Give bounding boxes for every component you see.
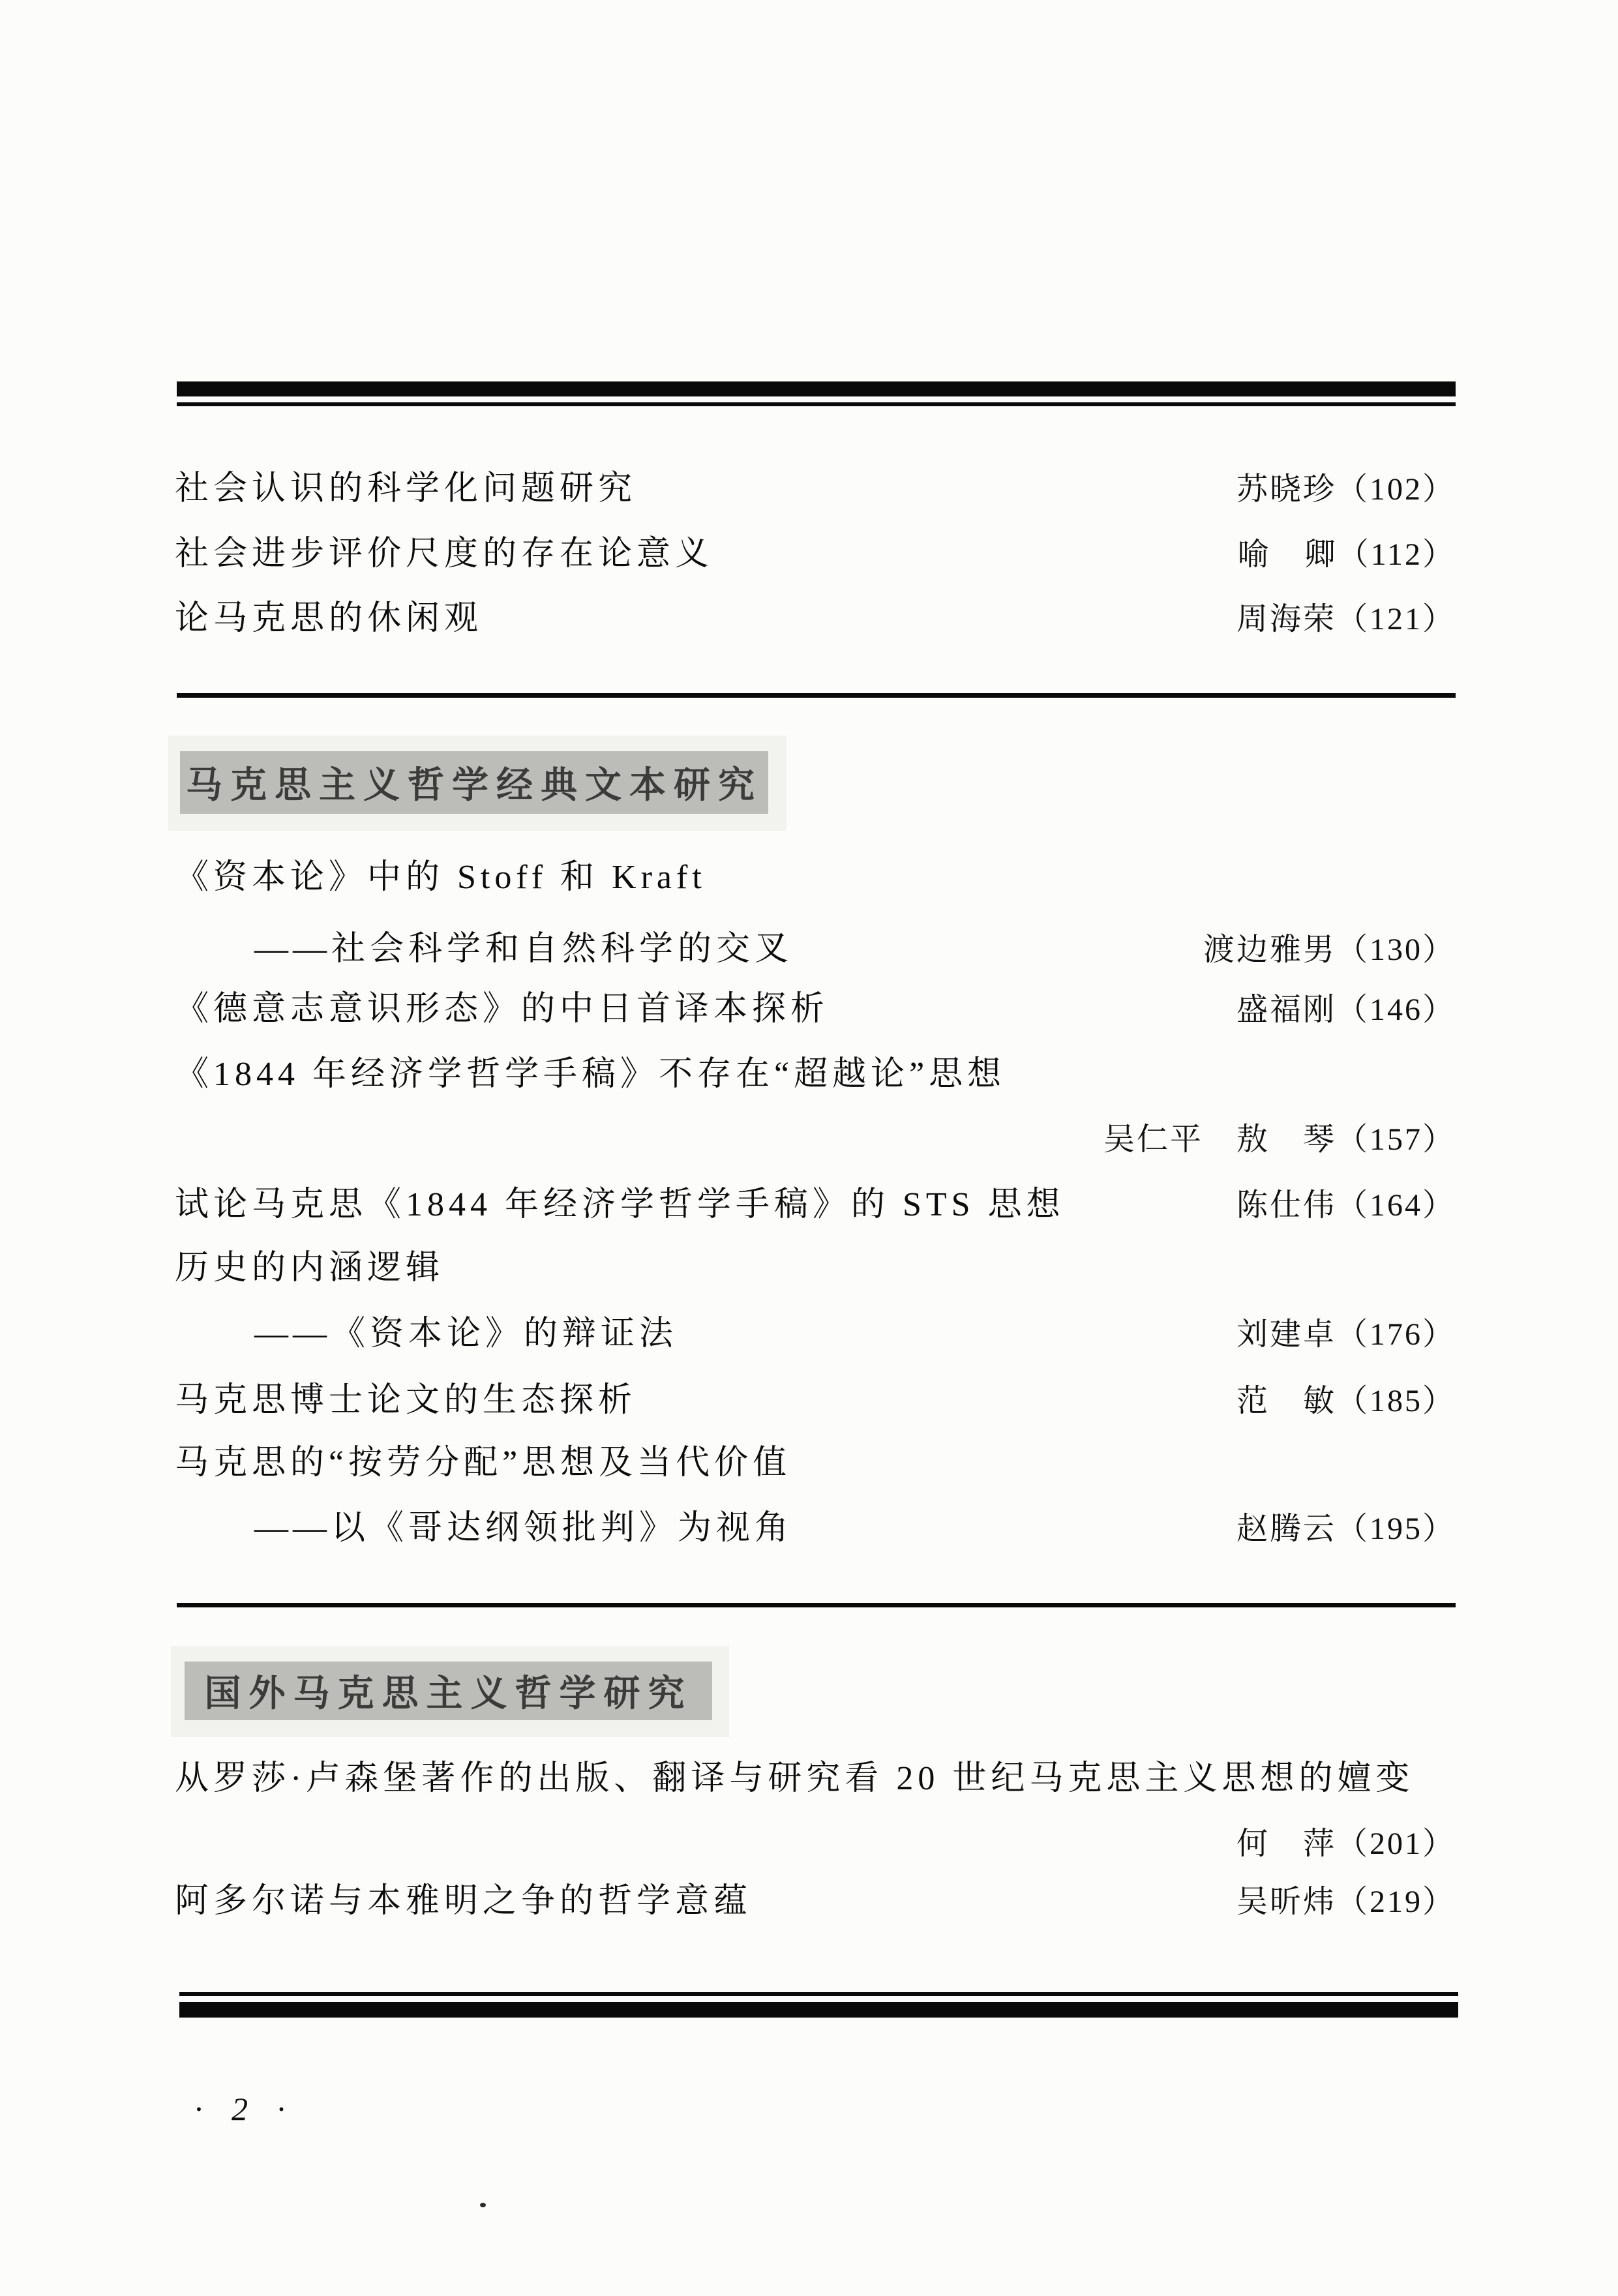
entry-title: ——《资本论》的辩证法 — [175, 1315, 678, 1354]
bottom-rule-thick — [179, 2002, 1458, 2018]
toc-entry: ——以《哥达纲领批判》为视角 赵腾云（195） — [175, 1509, 1456, 1549]
toc-entry: ——社会科学和自然科学的交叉 渡边雅男（130） — [175, 930, 1456, 970]
entry-title: 阿多尔诺与本雅明之争的哲学意蕴 — [175, 1882, 752, 1921]
toc-entry: 论马克思的休闲观 周海荣（121） — [175, 599, 1456, 639]
entry-title: 《德意志意识形态》的中日首译本探析 — [175, 990, 829, 1029]
toc-entry: 阿多尔诺与本雅明之争的哲学意蕴 吴昕炜（219） — [175, 1882, 1456, 1922]
entry-title: 《资本论》中的 Stoff 和 Kraft — [175, 858, 706, 897]
toc-entry: 试论马克思《1844 年经济学哲学手稿》的 STS 思想 陈仕伟（164） — [175, 1185, 1456, 1225]
section-header-band: 国外马克思主义哲学研究 — [171, 1646, 729, 1737]
toc-entry: 从罗莎·卢森堡著作的出版、翻译与研究看 20 世纪马克思主义思想的嬗变 — [175, 1759, 1456, 1798]
entry-author-page: 范 敏（185） — [1236, 1382, 1456, 1421]
bottom-rule-thin — [179, 1992, 1458, 1996]
entry-author-page: 陈仕伟（164） — [1236, 1186, 1456, 1225]
top-rule-thick — [177, 381, 1456, 396]
toc-entry: 吴仁平 敖 琴（157） — [175, 1120, 1456, 1159]
entry-title: 历史的内涵逻辑 — [175, 1249, 444, 1288]
entry-author-page: 盛福刚（146） — [1236, 991, 1456, 1030]
section-heading: 马克思主义哲学经典文本研究 — [180, 751, 768, 814]
entry-title: ——以《哥达纲领批判》为视角 — [175, 1509, 793, 1548]
section-header-band: 马克思主义哲学经典文本研究 — [168, 736, 787, 831]
toc-entry: ——《资本论》的辩证法 刘建卓（176） — [175, 1315, 1456, 1354]
entry-author-page: 苏晓珍（102） — [1236, 470, 1456, 509]
entry-author-page: 吴昕炜（219） — [1236, 1883, 1456, 1922]
toc-entry: 马克思的“按劳分配”思想及当代价值 — [175, 1444, 1456, 1483]
toc-entry: 马克思博士论文的生态探析 范 敏（185） — [175, 1381, 1456, 1421]
entry-title: 社会进步评价尺度的存在论意义 — [175, 535, 713, 574]
entry-title: 论马克思的休闲观 — [175, 599, 483, 638]
entry-title: 《1844 年经济学哲学手稿》不存在“超越论”思想 — [175, 1055, 1006, 1094]
entry-title: 马克思博士论文的生态探析 — [175, 1381, 637, 1420]
entry-author-page: 刘建卓（176） — [1236, 1315, 1456, 1354]
entry-title: 社会认识的科学化问题研究 — [175, 470, 637, 509]
toc-entry: 社会认识的科学化问题研究 苏晓珍（102） — [175, 470, 1456, 509]
toc-entry: 《资本论》中的 Stoff 和 Kraft — [175, 858, 1456, 897]
scanned-toc-page: 社会认识的科学化问题研究 苏晓珍（102） 社会进步评价尺度的存在论意义 喻 卿… — [0, 0, 1618, 2296]
toc-entry: 《德意志意识形态》的中日首译本探析 盛福刚（146） — [175, 990, 1456, 1030]
toc-entry: 社会进步评价尺度的存在论意义 喻 卿（112） — [175, 535, 1456, 574]
top-rule-thin — [177, 402, 1456, 406]
entry-author-page: 周海荣（121） — [1236, 600, 1456, 639]
entry-author-page: 喻 卿（112） — [1238, 535, 1456, 574]
toc-entry: 《1844 年经济学哲学手稿》不存在“超越论”思想 — [175, 1055, 1456, 1094]
entry-title: 从罗莎·卢森堡著作的出版、翻译与研究看 20 世纪马克思主义思想的嬗变 — [175, 1759, 1414, 1798]
divider-rule — [177, 693, 1456, 698]
entry-title: 试论马克思《1844 年经济学哲学手稿》的 STS 思想 — [175, 1185, 1065, 1225]
toc-entry: 历史的内涵逻辑 — [175, 1249, 1456, 1288]
page-number: · 2 · — [194, 2090, 295, 2128]
entry-author-page: 何 萍（201） — [1236, 1825, 1456, 1864]
section-heading: 国外马克思主义哲学研究 — [185, 1662, 712, 1720]
divider-rule — [177, 1603, 1456, 1607]
entry-author-page: 渡边雅男（130） — [1203, 931, 1456, 970]
scan-speck — [480, 2203, 486, 2207]
toc-entry: 何 萍（201） — [175, 1825, 1456, 1864]
entry-author-page: 赵腾云（195） — [1236, 1510, 1456, 1549]
entry-title: 马克思的“按劳分配”思想及当代价值 — [175, 1444, 791, 1483]
entry-author-page: 吴仁平 敖 琴（157） — [1103, 1120, 1456, 1159]
entry-title: ——社会科学和自然科学的交叉 — [175, 930, 793, 969]
